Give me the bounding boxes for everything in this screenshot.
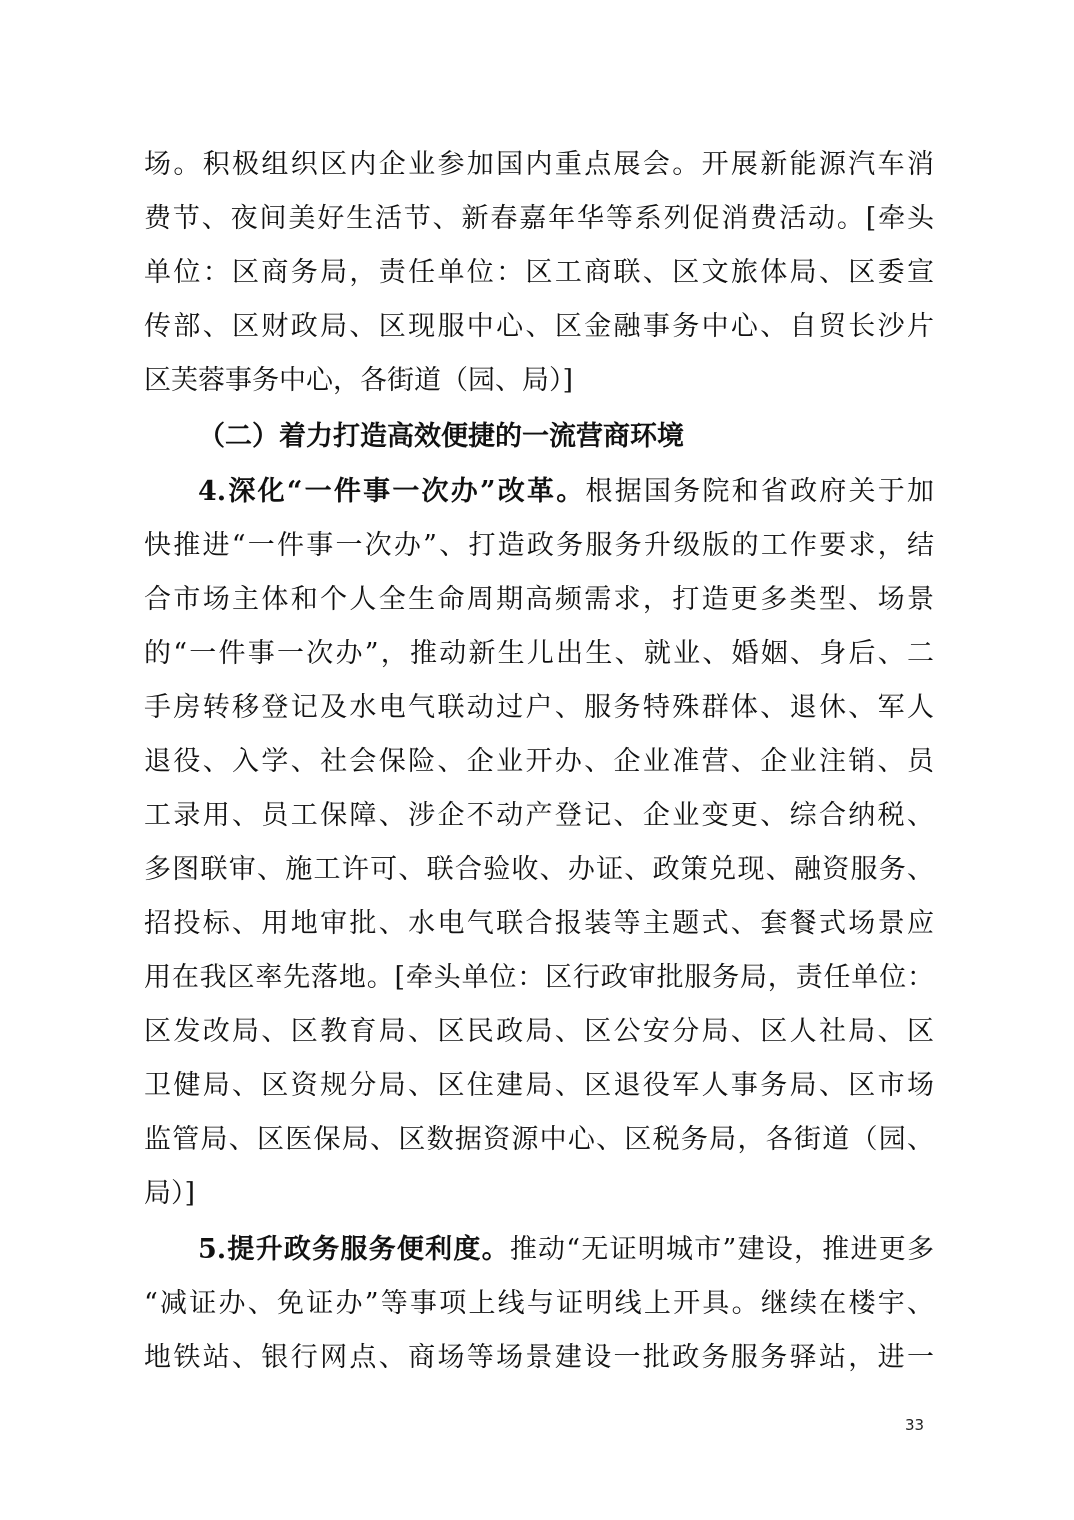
- paragraph-line: 合市场主体和个人全生命周期高频需求，打造更多类型、场景: [144, 573, 934, 627]
- paragraph-line: 局）]: [144, 1167, 934, 1221]
- paragraph-line: 的“一件事一次办”，推动新生儿出生、就业、婚姻、身后、二: [144, 627, 934, 681]
- paragraph-line: 招投标、用地审批、水电气联合报装等主题式、套餐式场景应: [144, 897, 934, 951]
- document-page: 场。积极组织区内企业参加国内重点展会。开展新能源汽车消 费节、夜间美好生活节、新…: [0, 0, 1074, 1520]
- paragraph-line: 监管局、区医保局、区数据资源中心、区税务局，各街道（园、: [144, 1113, 934, 1167]
- paragraph-line: 用在我区率先落地。[牵头单位：区行政审批服务局，责任单位：: [144, 951, 934, 1005]
- page-number: 33: [905, 1416, 924, 1434]
- paragraph-line: 手房转移登记及水电气联动过户、服务特殊群体、退休、军人: [144, 681, 934, 735]
- item-text: 根据国务院和省政府关于加: [585, 476, 934, 507]
- paragraph-line: 传部、区财政局、区现服中心、区金融事务中心、自贸长沙片: [144, 300, 934, 354]
- paragraph-line: 退役、入学、社会保险、企业开办、企业准营、企业注销、员: [144, 735, 934, 789]
- paragraph-line: 单位：区商务局，责任单位：区工商联、区文旅体局、区委宣: [144, 246, 934, 300]
- paragraph-line: “减证办、免证办”等事项上线与证明线上开具。继续在楼宇、: [144, 1277, 934, 1331]
- paragraph-line: 地铁站、银行网点、商场等场景建设一批政务服务驿站，进一: [144, 1331, 934, 1385]
- paragraph-line: 区发改局、区教育局、区民政局、区公安分局、区人社局、区: [144, 1005, 934, 1059]
- paragraph-line: 多图联审、施工许可、联合验收、办证、政策兑现、融资服务、: [144, 843, 934, 897]
- paragraph-line: 快推进“一件事一次办”、打造政务服务升级版的工作要求，结: [144, 519, 934, 573]
- item-first-line: 5.提升政务服务便利度。推动“无证明城市”建设，推进更多: [198, 1223, 934, 1277]
- paragraph-line: 卫健局、区资规分局、区住建局、区退役军人事务局、区市场: [144, 1059, 934, 1113]
- paragraph-line: 工录用、员工保障、涉企不动产登记、企业变更、综合纳税、: [144, 789, 934, 843]
- section-heading: （二）着力打造高效便捷的一流营商环境: [198, 410, 684, 464]
- paragraph-line: 场。积极组织区内企业参加国内重点展会。开展新能源汽车消: [144, 138, 934, 192]
- item-first-line: 4.深化“一件事一次办”改革。根据国务院和省政府关于加: [198, 465, 934, 519]
- paragraph-line: 费节、夜间美好生活节、新春嘉年华等系列促消费活动。[牵头: [144, 192, 934, 246]
- paragraph-line: 区芙蓉事务中心，各街道（园、局）]: [144, 354, 934, 408]
- item-title: 5.提升政务服务便利度。: [198, 1234, 510, 1265]
- item-title: 4.深化“一件事一次办”改革。: [198, 476, 585, 507]
- item-text: 推动“无证明城市”建设，推进更多: [510, 1234, 934, 1265]
